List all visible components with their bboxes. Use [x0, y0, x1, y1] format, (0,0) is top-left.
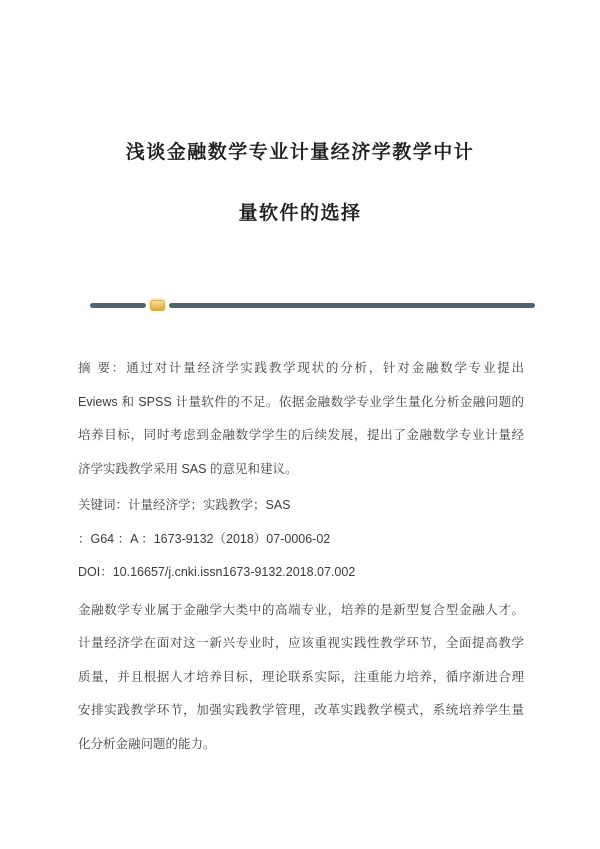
article-title: 浅谈金融数学专业计量经济学教学中计 量软件的选择	[0, 122, 600, 244]
divider-bar-left	[90, 303, 146, 308]
body-line-4: 安排实践教学环节，加强实践教学管理，改革实践教学模式，系统培养学生量	[78, 694, 524, 728]
body-line-1: 金融数学专业属于金融学大类中的高端专业，培养的是新型复合型金融人才。	[78, 594, 524, 628]
body-line-2: 计量经济学在面对这一新兴专业时，应该重视实践性教学环节，全面提高教学	[78, 627, 524, 661]
document-page: 浅谈金融数学专业计量经济学教学中计 量软件的选择 摘 要：通过对计量经济学实践教…	[0, 0, 600, 849]
abstract-line-2: Eviews 和 SPSS 计量软件的不足。依据金融数学专业学生量化分析金融问题…	[78, 386, 524, 420]
body-line-5: 化分析金融问题的能力。	[78, 728, 524, 762]
keywords-line: 关键词：计量经济学；实践教学；SAS	[78, 489, 524, 523]
abstract-line-3: 培养目标，同时考虑到金融数学学生的后续发展，提出了金融数学专业计量经	[78, 419, 524, 453]
gold-ornament-icon	[150, 300, 165, 311]
abstract-line-1: 摘 要：通过对计量经济学实践教学现状的分析，针对金融数学专业提出	[78, 352, 524, 386]
article-title-line1: 浅谈金融数学专业计量经济学教学中计	[0, 122, 600, 183]
body-line-3: 质量，并且根据人才培养目标，理论联系实际，注重能力培养，循序渐进合理	[78, 661, 524, 695]
article-title-line2: 量软件的选择	[0, 183, 600, 244]
classification-line: ：G64 ：A ：1673-9132（2018）07-0006-02	[78, 523, 524, 557]
title-divider	[90, 300, 535, 311]
doi-line: DOI：10.16657/j.cnki.issn1673-9132.2018.0…	[78, 556, 524, 590]
divider-bar-right	[169, 303, 535, 308]
abstract-line-4: 济学实践教学采用 SAS 的意见和建议。	[78, 453, 524, 487]
article-content: 摘 要：通过对计量经济学实践教学现状的分析，针对金融数学专业提出 Eviews …	[78, 352, 524, 761]
